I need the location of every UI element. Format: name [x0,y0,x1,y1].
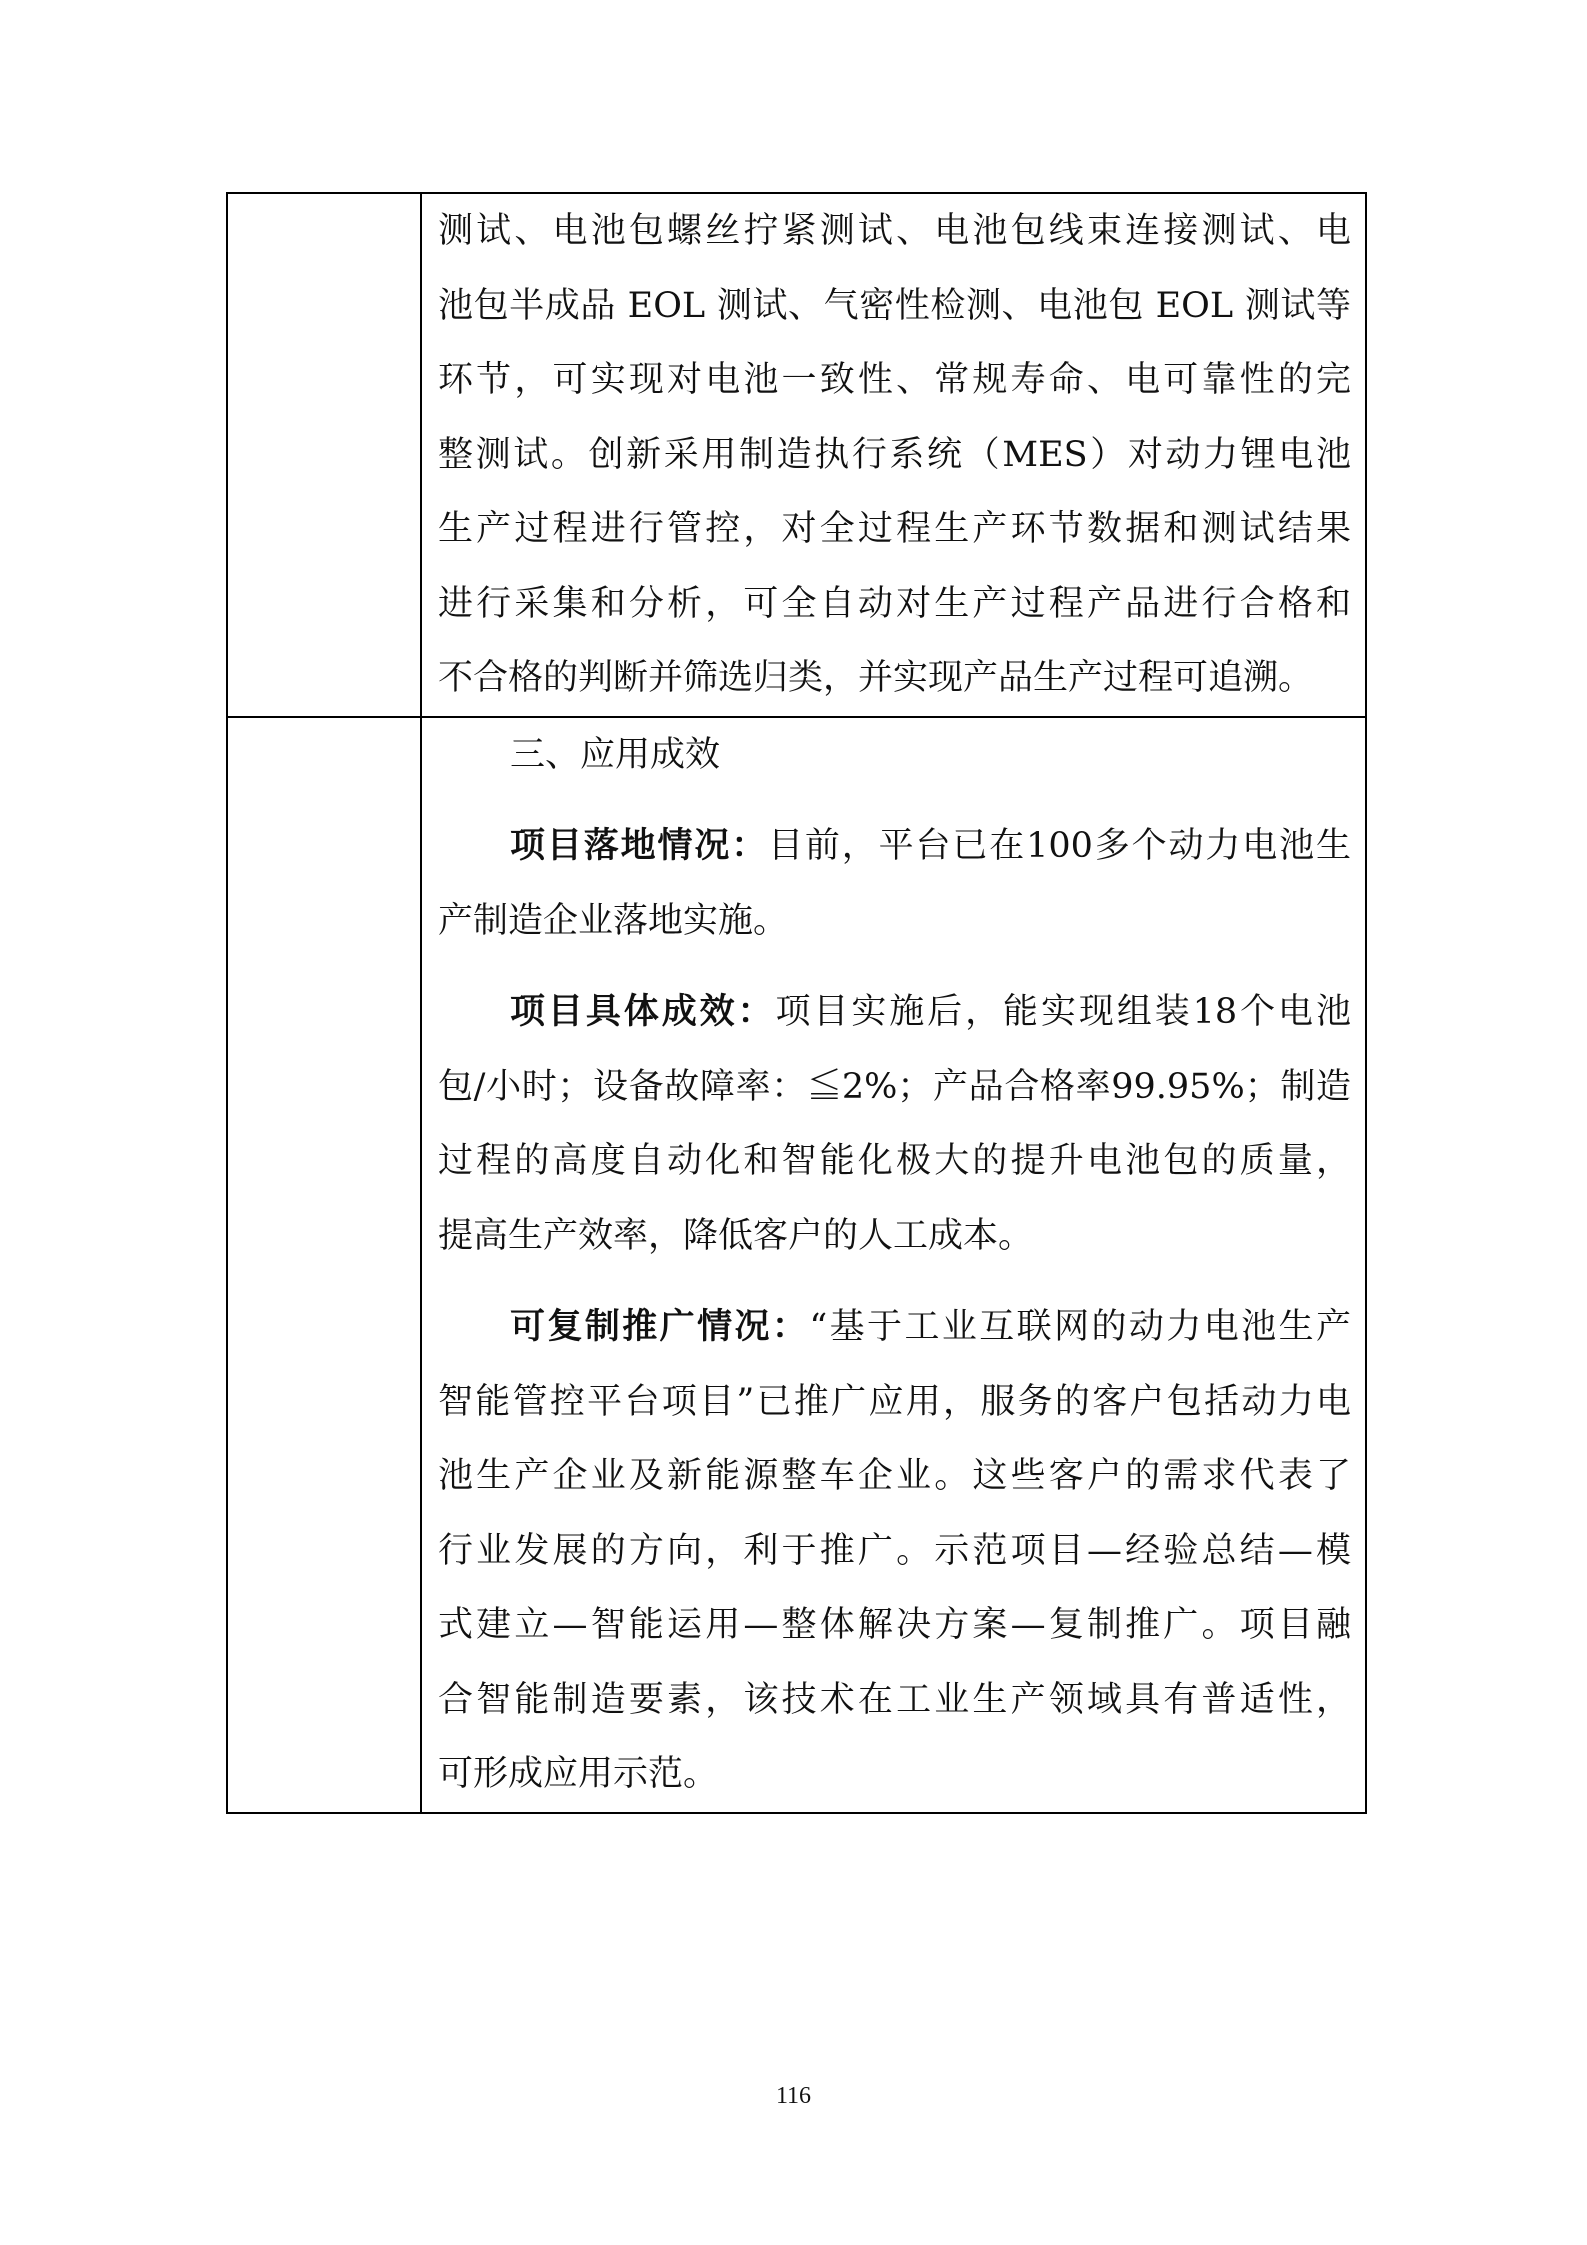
text-line: 包/小时；设备故障率：≦2%；产品合格率99.95%；制造 [438,1050,1351,1125]
text-line: 环节，可实现对电池一致性、常规寿命、电可靠性的完 [438,343,1351,418]
text-line: 池生产企业及新能源整车企业。这些客户的需求代表了 [438,1439,1351,1514]
paragraph-deployment: 项目落地情况：目前，平台已在100多个动力电池生 产制造企业落地实施。 [438,809,1351,958]
table-row-process: 测试、电池包螺丝拧紧测试、电池包线束连接测试、电 池包半成品 EOL 测试、气密… [227,193,1366,717]
paragraph-text: 项目实施后，能实现组装18个电池 [775,992,1351,1032]
text-line: 不合格的判断并筛选归类，并实现产品生产过程可追溯。 [438,641,1351,716]
text-line: 项目具体成效：项目实施后，能实现组装18个电池 [438,975,1351,1050]
paragraph-outcomes: 项目具体成效：项目实施后，能实现组装18个电池 包/小时；设备故障率：≦2%；产… [438,975,1351,1273]
content-table: 测试、电池包螺丝拧紧测试、电池包线束连接测试、电 池包半成品 EOL 测试、气密… [226,192,1367,1814]
paragraph-replication: 可复制推广情况：“基于工业互联网的动力电池生产 智能管控平台项目”已推广应用，服… [438,1290,1351,1812]
table-row-results: 三、应用成效 项目落地情况：目前，平台已在100多个动力电池生 产制造企业落地实… [227,717,1366,1813]
text-line: 测试、电池包螺丝拧紧测试、电池包线束连接测试、电 [438,194,1351,269]
text-line: 智能管控平台项目”已推广应用，服务的客户包括动力电 [438,1365,1351,1440]
text-line: 项目落地情况：目前，平台已在100多个动力电池生 [438,809,1351,884]
text-line: 提高生产效率，降低客户的人工成本。 [438,1199,1351,1274]
text-line: 可形成应用示范。 [438,1737,1351,1812]
text-line: 进行采集和分析，可全自动对生产过程产品进行合格和 [438,567,1351,642]
table-label-cell [227,717,421,1813]
text-line: 合智能制造要素，该技术在工业生产领域具有普适性， [438,1663,1351,1738]
text-line: 式建立—智能运用—整体解决方案—复制推广。项目融 [438,1588,1351,1663]
text-line: 行业发展的方向，利于推广。示范项目—经验总结—模 [438,1514,1351,1589]
text-line: 可复制推广情况：“基于工业互联网的动力电池生产 [438,1290,1351,1365]
table-label-cell [227,193,421,717]
text-line: 产制造企业落地实施。 [438,884,1351,959]
table-content-cell: 三、应用成效 项目落地情况：目前，平台已在100多个动力电池生 产制造企业落地实… [421,717,1366,1813]
paragraph-text: “基于工业互联网的动力电池生产 [809,1307,1351,1347]
table-content-cell: 测试、电池包螺丝拧紧测试、电池包线束连接测试、电 池包半成品 EOL 测试、气密… [421,193,1366,717]
application-results: 三、应用成效 项目落地情况：目前，平台已在100多个动力电池生 产制造企业落地实… [422,718,1365,1812]
section-title: 三、应用成效 [438,718,1351,793]
text-line: 池包半成品 EOL 测试、气密性检测、电池包 EOL 测试等 [438,269,1351,344]
document-page: 测试、电池包螺丝拧紧测试、电池包线束连接测试、电 池包半成品 EOL 测试、气密… [0,0,1587,2245]
paragraph-heading: 可复制推广情况： [510,1307,809,1347]
process-description: 测试、电池包螺丝拧紧测试、电池包线束连接测试、电 池包半成品 EOL 测试、气密… [422,194,1365,716]
paragraph-heading: 项目落地情况： [510,826,768,866]
page-number: 116 [0,2083,1587,2110]
text-line: 过程的高度自动化和智能化极大的提升电池包的质量， [438,1124,1351,1199]
text-line: 整测试。创新采用制造执行系统（MES）对动力锂电池 [438,418,1351,493]
paragraph-heading: 项目具体成效： [510,992,775,1032]
text-line: 生产过程进行管控，对全过程生产环节数据和测试结果 [438,492,1351,567]
paragraph-text: 目前，平台已在100多个动力电池生 [768,826,1351,866]
